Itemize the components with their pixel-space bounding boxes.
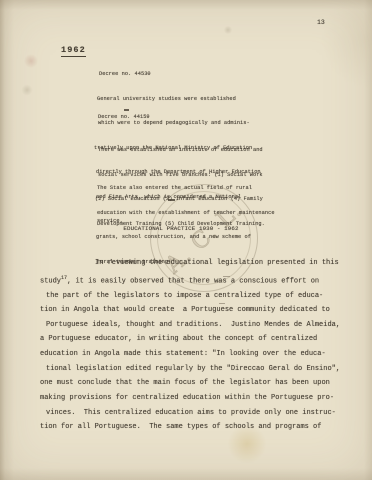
body-line: a Portuguese educator, in writing about … xyxy=(40,332,350,347)
body-text: study xyxy=(40,277,61,285)
body-line: the part of the legislators to impose a … xyxy=(46,289,350,304)
margin-year-heading: 1962 xyxy=(61,45,86,57)
decree-line: General university studies were establis… xyxy=(97,95,261,103)
body-line: vinces. This centralized education aims … xyxy=(46,406,350,421)
decree-line: The State also entered the actual field … xyxy=(97,184,275,192)
body-line: one must conclude that the main focus of… xyxy=(40,376,350,391)
body-line: education in Angola made this statement:… xyxy=(40,347,350,362)
body-line: tion for all Portuguese. The same types … xyxy=(40,420,350,435)
document-page: A. C. L. 13 1962 Decree no. 44530 Genera… xyxy=(0,0,372,480)
body-line: tional legislation edited regularly by t… xyxy=(46,362,350,377)
body-line: making provisions for centralized educat… xyxy=(40,391,350,406)
body-line: In reviewing the educational legislation… xyxy=(95,256,350,271)
decree-line: grants, school construction, and a new s… xyxy=(96,233,275,241)
decree-line: education with the establishment of teac… xyxy=(97,209,275,217)
section-title: EDUCATIONAL PRACTICE 1930 - 1962 xyxy=(0,225,362,232)
body-paragraph: In reviewing the educational legislation… xyxy=(40,256,350,435)
decree-heading: Decree no. 44530 xyxy=(99,70,261,78)
body-text: , it is easily observed that there was a… xyxy=(67,277,319,285)
body-line-with-footnote: study17, it is easily observed that ther… xyxy=(40,271,350,289)
body-line: tion in Angola that would create a Portu… xyxy=(40,303,350,318)
decree-44159-heading: Decree no. 44159 xyxy=(98,113,150,121)
body-line: Portuguese ideals, thought and tradition… xyxy=(46,318,350,333)
page-number: 13 xyxy=(317,19,325,26)
decree-line: There was established an institute of ed… xyxy=(98,146,265,154)
